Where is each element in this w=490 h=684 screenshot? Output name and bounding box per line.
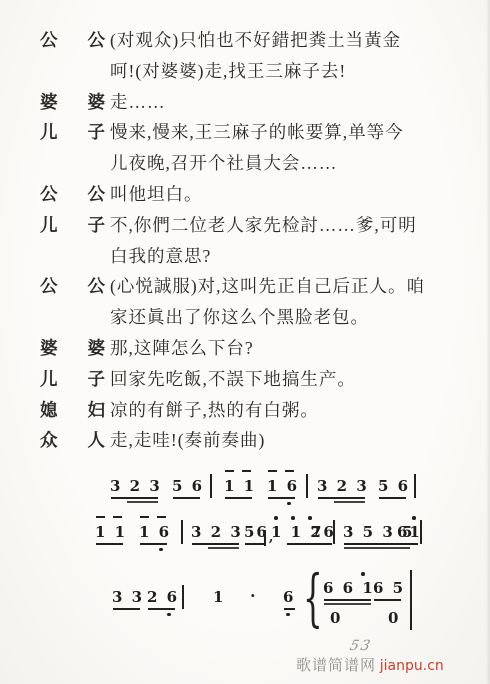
watermark-url[interactable]: jianpu.cn <box>380 658 444 674</box>
low-octave-dot <box>287 502 291 506</box>
note-digits: 1 6 <box>267 477 299 495</box>
beam <box>173 497 200 499</box>
dialogue-text: (对观众)只怕也不好錯把粪土当黃金 <box>110 25 401 56</box>
augmentation-dot: · <box>250 586 256 606</box>
beam <box>374 599 401 601</box>
octave-mark <box>113 516 122 518</box>
speaker-label: 公公 <box>40 179 110 210</box>
dialogue-section: 公公(对观众)只怕也不好錯把粪土当黃金 呵!(对婆婆)走,找王三麻子去! 婆婆走… <box>40 25 466 456</box>
note-digits: 3 2 3 <box>191 523 243 541</box>
dialogue-line: 公公叫他坦白。 <box>40 179 466 210</box>
speaker-label: 众人 <box>40 425 110 456</box>
barline <box>306 474 308 498</box>
dialogue-line: 公公(心悦誠服)对,这叫先正自己后正人。咱 <box>40 271 466 302</box>
notes-group: 5 6 <box>172 477 204 496</box>
low-octave-dot <box>167 613 171 617</box>
notes-group: 2 6 <box>147 588 179 607</box>
note-digits: 5 6 <box>172 477 204 495</box>
dialogue-line: 白我的意思? <box>40 241 466 272</box>
voices-brace: { <box>303 567 323 629</box>
barline <box>210 474 212 498</box>
note-digits: 1 6 <box>139 523 171 541</box>
notes-group-upper-voice: 6 5 <box>373 579 405 598</box>
speaker-label: 儿子 <box>40 210 110 241</box>
octave-mark <box>96 516 105 518</box>
dialogue-line: 婆婆走…… <box>40 87 466 118</box>
notes-group: 1 1 <box>224 477 256 496</box>
beam <box>284 608 295 610</box>
note-digits: 6 6 1 <box>323 579 375 597</box>
barline <box>420 520 422 544</box>
note-digits: 3 2 3 <box>317 477 369 495</box>
beam <box>334 501 365 503</box>
music-line-2: 1 1 1 6 3 2 3 56, 1 1 2 <box>0 523 490 545</box>
beam <box>245 543 265 545</box>
notes-group: 3 2 3 <box>317 477 369 496</box>
high-octave-dot <box>361 572 365 576</box>
speaker-label <box>40 56 110 87</box>
dialogue-line: 儿夜晚,召开个社員大会…… <box>40 148 466 179</box>
note-digits: 1 1 <box>95 523 127 541</box>
notes-group: 3 2 3 <box>110 477 162 496</box>
dialogue-text: (心悦誠服)对,这叫先正自己后正人。咱 <box>110 271 425 302</box>
high-octave-dot <box>308 516 312 520</box>
barline <box>414 474 416 498</box>
beam <box>192 543 239 545</box>
octave-mark <box>225 470 234 472</box>
dialogue-line: 儿子回家先吃飯,不誤下地搞生产。 <box>40 364 466 395</box>
beam <box>140 543 167 545</box>
speaker-label <box>40 148 110 179</box>
beam <box>113 608 140 610</box>
beam <box>127 501 158 503</box>
notes-group: 1 6 <box>267 477 299 496</box>
barline <box>182 585 184 609</box>
speaker-label <box>40 241 110 272</box>
note-digits: 3 2 3 <box>110 477 162 495</box>
octave-mark <box>157 516 166 518</box>
notes-group: 1 1 <box>95 523 127 542</box>
notes-group-upper-voice: 6 6 1 <box>323 579 375 598</box>
barline <box>333 520 335 544</box>
dialogue-text: 叫他坦白。 <box>110 179 203 210</box>
dialogue-text: 儿夜晚,召开个社員大会…… <box>110 148 337 179</box>
notes-group: 6 <box>283 588 295 607</box>
page-edge-shading <box>486 0 490 684</box>
speaker-label: 婆婆 <box>40 333 110 364</box>
speaker-label: 儿子 <box>40 364 110 395</box>
speaker-label: 婆婆 <box>40 87 110 118</box>
dialogue-text: 白我的意思? <box>110 241 211 272</box>
octave-mark <box>268 470 277 472</box>
notes-group: 3 3 <box>112 588 144 607</box>
speaker-label: 公公 <box>40 271 110 302</box>
note-digits: 1 <box>213 588 225 606</box>
note-digits: 5 6 <box>378 477 410 495</box>
note-digits: 2 6 <box>147 588 179 606</box>
dialogue-text: 不,你們二位老人家先检討……爹,可明 <box>110 210 417 241</box>
high-octave-dot <box>274 516 278 520</box>
note-digits: 1 1 <box>224 477 256 495</box>
dialogue-line: 呵!(对婆婆)走,找王三麻子去! <box>40 56 466 87</box>
beam <box>208 547 239 549</box>
beam <box>312 543 332 545</box>
barline-tall <box>410 570 412 630</box>
music-line-1: 3 2 3 5 6 1 1 1 6 3 2 3 5 <box>0 477 490 499</box>
speaker-label: 媳妇 <box>40 395 110 426</box>
dialogue-line: 公公(对观众)只怕也不好錯把粪土当黃金 <box>40 25 466 56</box>
octave-mark <box>242 470 251 472</box>
dialogue-line: 媳妇凉的有餅子,热的有白粥。 <box>40 395 466 426</box>
beam <box>268 497 295 499</box>
note-digits: 6 <box>283 588 295 606</box>
beam <box>344 547 410 549</box>
octave-mark <box>285 470 294 472</box>
dialogue-line: 家还眞出了你这么个黑脸老包。 <box>40 302 466 333</box>
high-octave-dot <box>412 516 416 520</box>
speaker-label: 公公 <box>40 25 110 56</box>
dot-glyph: · <box>250 586 256 605</box>
dialogue-text: 走…… <box>110 87 166 118</box>
beam <box>324 603 371 605</box>
beam <box>379 497 406 499</box>
high-octave-dot <box>291 516 295 520</box>
notes-group: 1 <box>213 588 225 607</box>
beam <box>96 543 123 545</box>
dialogue-line: 儿子不,你們二位老人家先检討……爹,可明 <box>40 210 466 241</box>
watermark: 歌谱简谱网 jianpu.cn <box>296 654 444 675</box>
rest-lower-voice: 0 <box>388 609 400 628</box>
dialogue-text: 慢来,慢来,王三麻子的帐要算,单等今 <box>110 117 404 148</box>
barline-short <box>264 530 266 546</box>
notes-group: 1 6 <box>139 523 171 542</box>
dialogue-line: 儿子慢来,慢来,王三麻子的帐要算,单等今 <box>40 117 466 148</box>
dialogue-text: 家还眞出了你这么个黑脸老包。 <box>110 302 369 333</box>
dialogue-text: 那,这陣怎么下台? <box>110 333 254 364</box>
speaker-label <box>40 302 110 333</box>
dialogue-text: 呵!(对婆婆)走,找王三麻子去! <box>110 56 346 87</box>
watermark-site-name: 歌谱简谱网 <box>296 658 376 674</box>
octave-mark <box>140 516 149 518</box>
notes-group: 3 2 3 <box>191 523 243 542</box>
beam <box>111 497 158 499</box>
speaker-label: 儿子 <box>40 117 110 148</box>
low-octave-dot <box>159 548 163 552</box>
low-octave-dot <box>286 613 290 617</box>
dialogue-text: 凉的有餅子,热的有白粥。 <box>110 395 319 426</box>
rest-digit: 0 <box>388 609 400 627</box>
beam <box>225 497 252 499</box>
music-line-3: 3 3 2 6 1 · 6 { 6 6 1 6 5 <box>0 588 490 610</box>
notes-group: 56, <box>244 523 273 542</box>
dialogue-text: 走,走哇!(奏前奏曲) <box>110 425 265 456</box>
dialogue-line: 婆婆那,这陣怎么下台? <box>40 333 466 364</box>
rest-digit: 0 <box>330 609 342 627</box>
score-page: 公公(对观众)只怕也不好錯把粪土当黃金 呵!(对婆婆)走,找王三麻子去! 婆婆走… <box>0 0 490 684</box>
beam <box>324 599 371 601</box>
beam <box>318 497 365 499</box>
beam <box>398 543 418 545</box>
notes-group: 61 <box>397 523 422 542</box>
page-number: 53 <box>348 638 373 654</box>
rest-lower-voice: 0 <box>330 609 342 628</box>
barline <box>181 520 183 544</box>
dialogue-text: 回家先吃飯,不誤下地搞生产。 <box>110 364 356 395</box>
note-digits: 6 5 <box>373 579 405 597</box>
note-digits: 3 3 <box>112 588 144 606</box>
notes-group: 5 6 <box>378 477 410 496</box>
note-digits: 61 <box>397 523 422 541</box>
dialogue-line: 众人走,走哇!(奏前奏曲) <box>40 425 466 456</box>
beam <box>148 608 175 610</box>
